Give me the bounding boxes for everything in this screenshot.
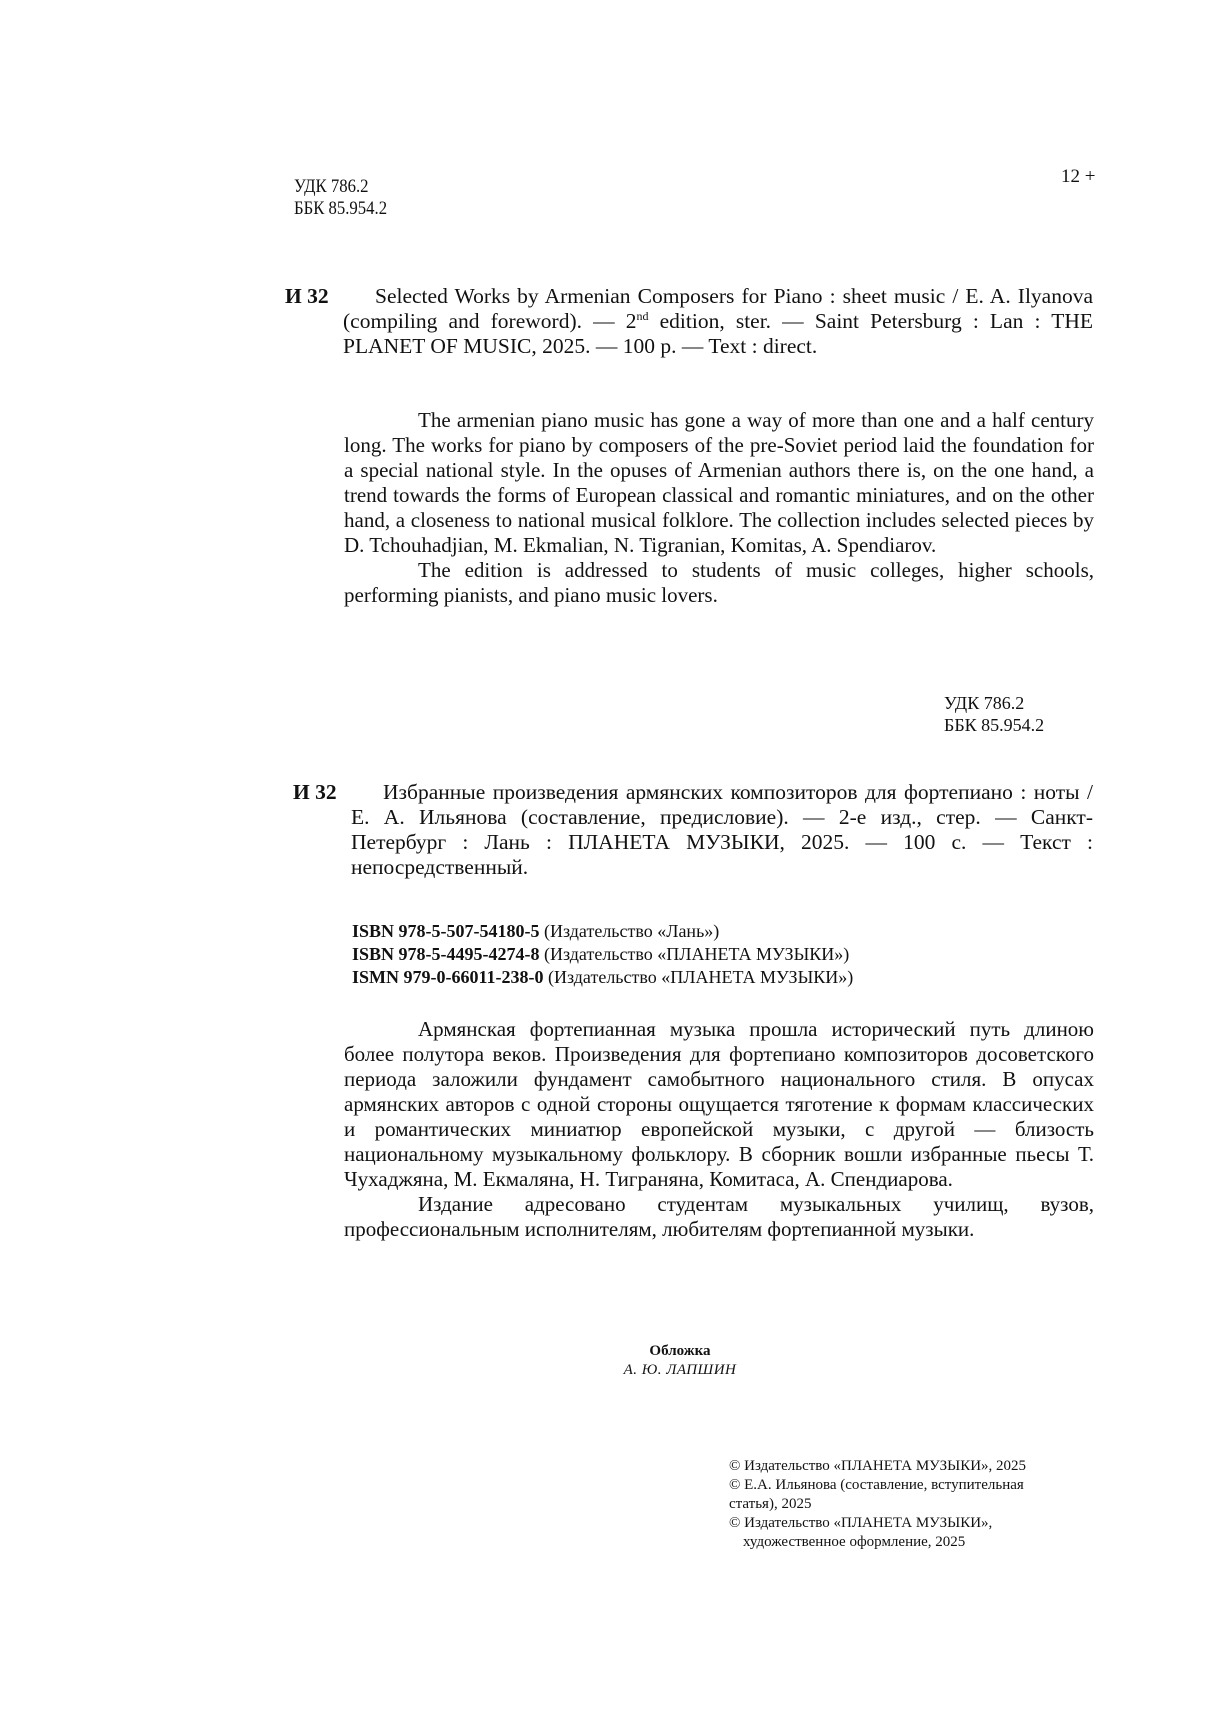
copyright-line: художественное оформление, 2025 xyxy=(729,1533,1089,1552)
annotation-ru: Армянская фортепианная музыка прошла ист… xyxy=(344,1017,1094,1242)
identifier-line: ISBN 978-5-4495-4274-8 (Издательство «ПЛ… xyxy=(352,943,853,966)
copyright-line: © Издательство «ПЛАНЕТА МУЗЫКИ», 2025 xyxy=(729,1457,1089,1476)
bibliographic-entry-ru: И 32 Избранные произведения армянских ко… xyxy=(293,780,1093,880)
copyright-line: © Издательство «ПЛАНЕТА МУЗЫКИ», xyxy=(729,1514,1089,1533)
identifier-number: ISBN 978-5-4495-4274-8 xyxy=(352,944,540,964)
udk-code: УДК 786.2 xyxy=(944,692,1044,714)
edition-superscript: nd xyxy=(636,309,648,323)
author-mark: И 32 xyxy=(285,284,329,309)
age-rating: 12 + xyxy=(1061,166,1095,188)
udk-code: УДК 786.2 xyxy=(294,176,387,198)
classification-top: УДК 786.2 ББК 85.954.2 xyxy=(294,176,387,220)
annotation-paragraph: The armenian piano music has gone a way … xyxy=(344,408,1094,558)
copyright-line: статья), 2025 xyxy=(729,1495,1089,1514)
annotation-paragraph: Издание адресовано студентам музыкальных… xyxy=(344,1192,1094,1242)
author-mark: И 32 xyxy=(293,780,337,805)
identifier-number: ISBN 978-5-507-54180-5 xyxy=(352,921,540,941)
annotation-paragraph: Армянская фортепианная музыка прошла ист… xyxy=(344,1017,1094,1192)
entry-text: Selected Works by Armenian Composers for… xyxy=(343,284,1093,359)
identifier-publisher: (Издательство «Лань») xyxy=(544,921,719,941)
identifier-number: ISMN 979-0-66011-238-0 xyxy=(352,967,544,987)
identifier-publisher: (Издательство «ПЛАНЕТА МУЗЫКИ») xyxy=(548,967,853,987)
copyright-line: © Е.А. Ильянова (составление, вступитель… xyxy=(729,1476,1089,1495)
identifier-line: ISMN 979-0-66011-238-0 (Издательство «ПЛ… xyxy=(352,966,853,989)
annotation-en: The armenian piano music has gone a way … xyxy=(344,408,1094,608)
bibliographic-entry-en: И 32 Selected Works by Armenian Composer… xyxy=(285,284,1093,359)
copyright-block: © Издательство «ПЛАНЕТА МУЗЫКИ», 2025 © … xyxy=(729,1457,1089,1552)
cover-designer: А. Ю. ЛАПШИН xyxy=(540,1361,820,1380)
classification-right: УДК 786.2 ББК 85.954.2 xyxy=(944,692,1044,736)
cover-label: Обложка xyxy=(540,1342,820,1361)
identifiers-block: ISBN 978-5-507-54180-5 (Издательство «Ла… xyxy=(352,920,853,989)
annotation-paragraph: The edition is addressed to students of … xyxy=(344,558,1094,608)
identifier-line: ISBN 978-5-507-54180-5 (Издательство «Ла… xyxy=(352,920,853,943)
cover-credit: Обложка А. Ю. ЛАПШИН xyxy=(540,1342,820,1380)
bbk-code: ББК 85.954.2 xyxy=(944,714,1044,736)
identifier-publisher: (Издательство «ПЛАНЕТА МУЗЫКИ») xyxy=(544,944,849,964)
entry-text: Избранные произведения армянских компози… xyxy=(351,780,1093,880)
bbk-code: ББК 85.954.2 xyxy=(294,198,387,220)
